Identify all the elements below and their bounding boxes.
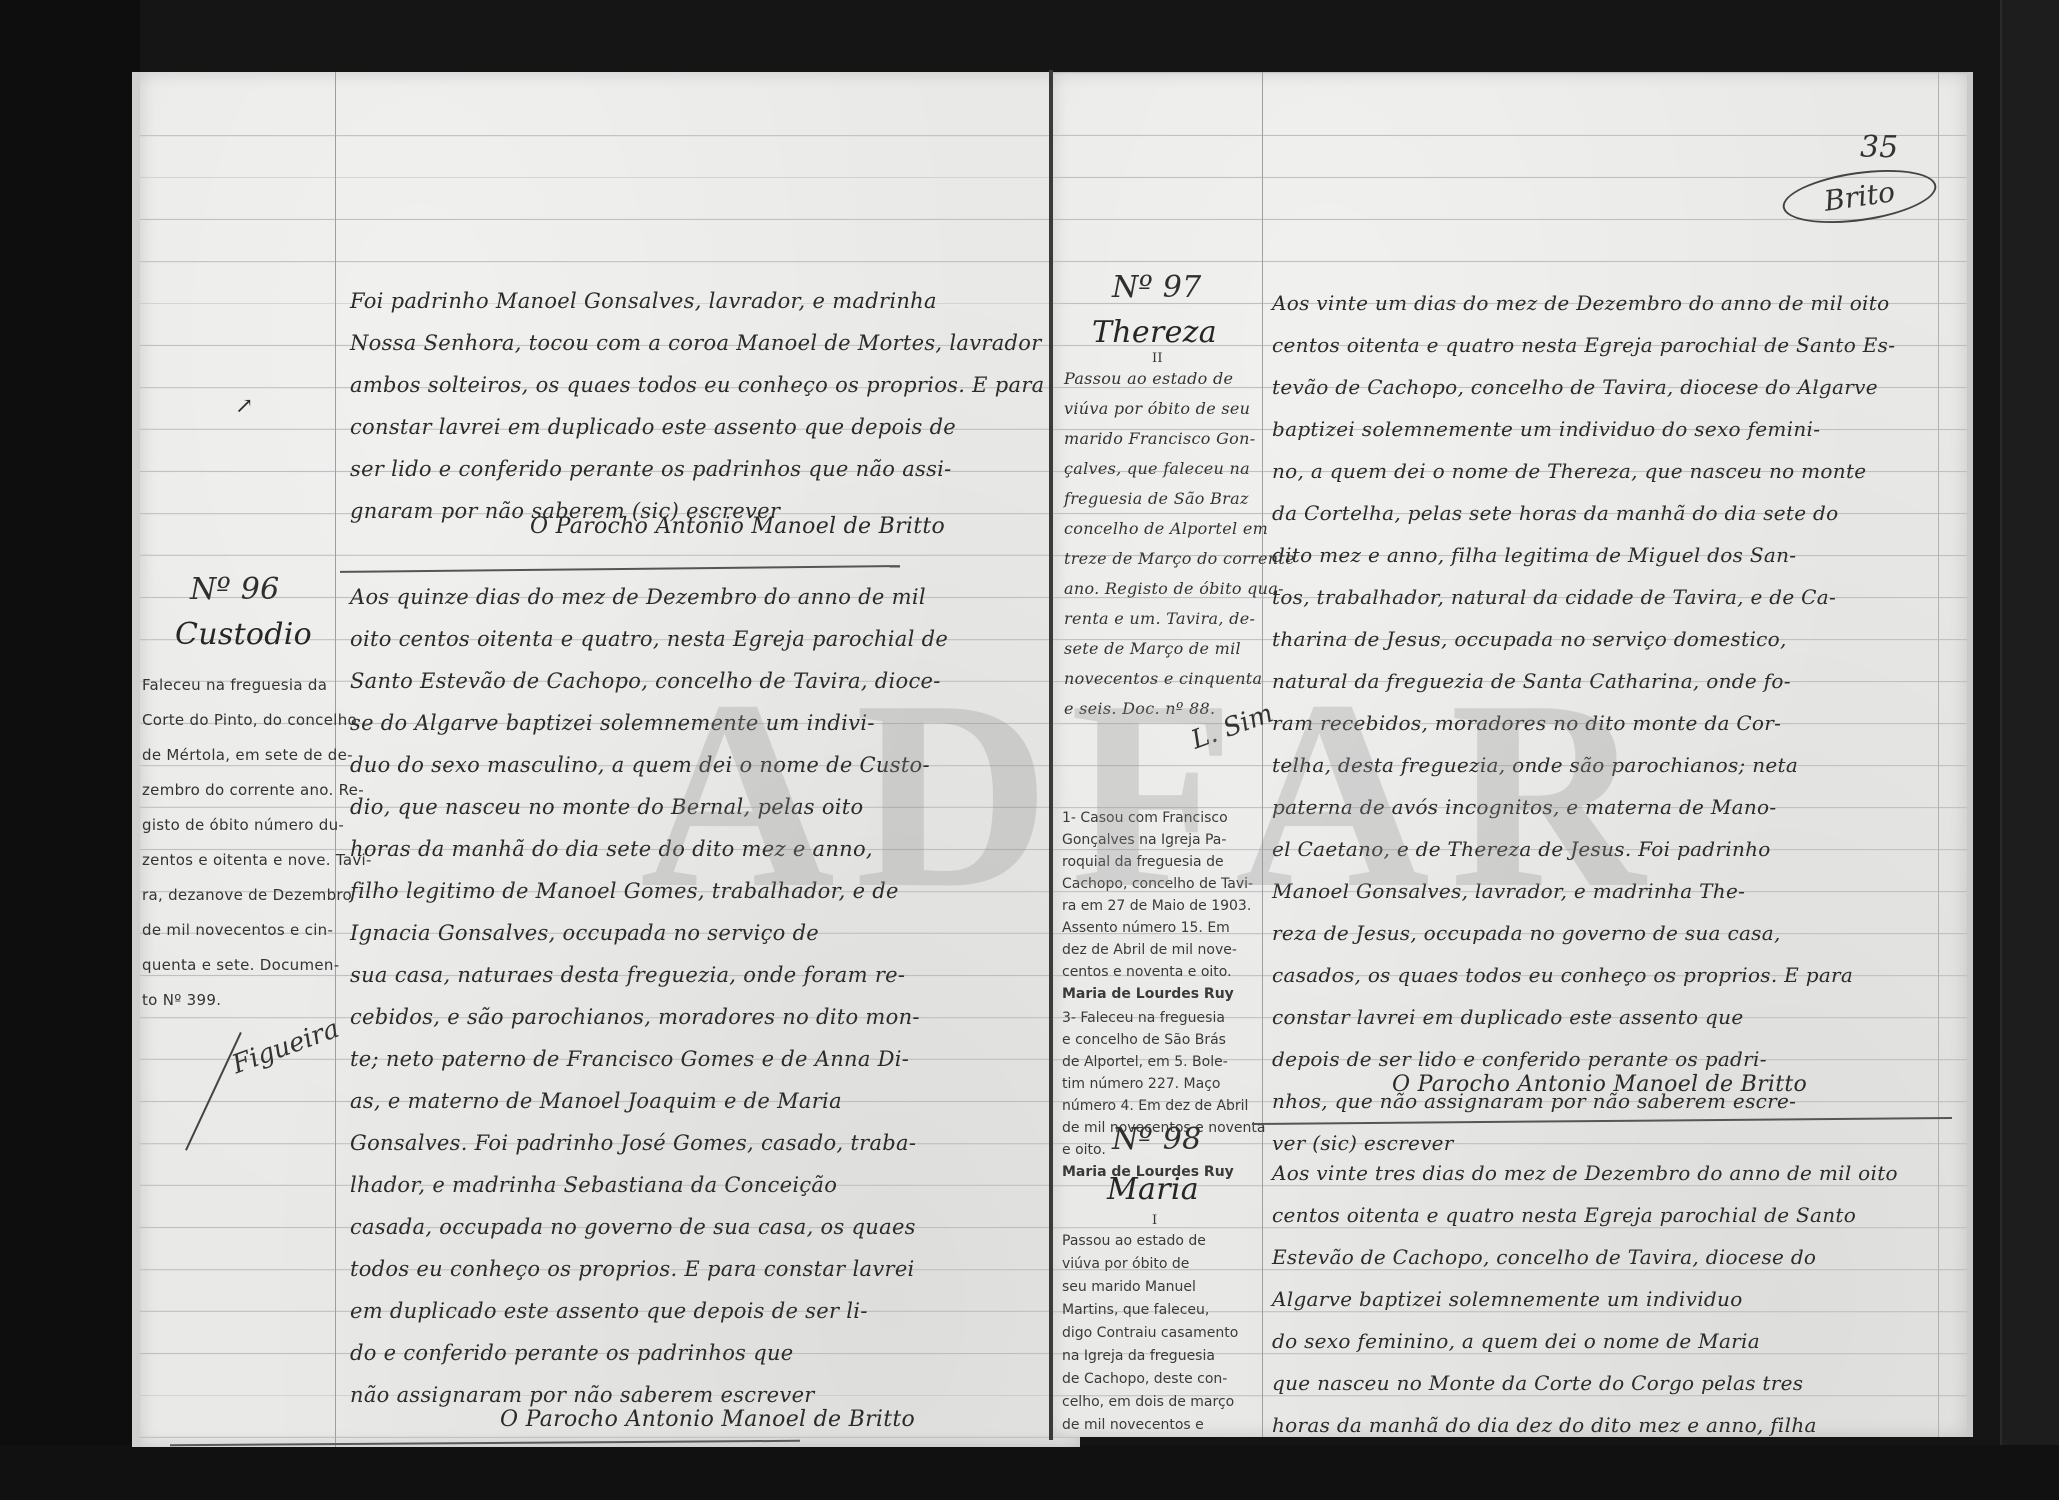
annotation-line: de Mértola, em sete de de- (142, 738, 372, 773)
annotation-line: gisto de óbito número du- (142, 808, 372, 843)
text-line: do sexo feminino, a quem dei o nome de M… (1272, 1320, 1898, 1362)
text-line: horas da manhã do dia sete do dito mez e… (350, 828, 948, 870)
annotation-line: 3- Faleceu na freguesia (1062, 1007, 1265, 1029)
annotation-line: viúva por óbito de (1062, 1253, 1238, 1276)
annotation-line: Gonçalves na Igreja Pa- (1062, 829, 1253, 851)
annotation-line: çalves, que faleceu na (1064, 454, 1295, 484)
entry-name: Maria (1107, 1172, 1199, 1207)
book-binding (1049, 70, 1053, 1440)
annotation-line: quenta e sete. Documen- (142, 948, 372, 983)
text-line: do e conferido perante os padrinhos que (350, 1332, 948, 1374)
text-line: as, e materno de Manoel Joaquim e de Mar… (350, 1080, 948, 1122)
annotation-line: ano. Registo de óbito qua- (1064, 574, 1295, 604)
annotation-line: zembro do corrente ano. Re- (142, 773, 372, 808)
annotation-line: na Igreja da freguesia (1062, 1345, 1238, 1368)
annotation-line: e concelho de São Brás (1062, 1029, 1265, 1051)
text-line: que nasceu no Monte da Corte do Corgo pe… (1272, 1362, 1898, 1404)
entry-name: Custodio (175, 617, 312, 652)
text-line: centos oitenta e quatro nesta Egreja par… (1272, 324, 1895, 366)
continuation-text: Foi padrinho Manoel Gonsalves, lavrador,… (350, 280, 1045, 532)
text-line: Nossa Senhora, tocou com a coroa Manoel … (350, 322, 1045, 364)
text-line: casados, os quaes todos eu conheço os pr… (1272, 954, 1895, 996)
annotation-line: digo Contraiu casamento (1062, 1322, 1238, 1345)
annotation-line: renta e um. Tavira, de- (1064, 604, 1295, 634)
annotation-line: número 4. Em dez de Abril (1062, 1095, 1265, 1117)
annotation-line: dez de Abril de mil nove- (1062, 939, 1253, 961)
text-line: Ignacia Gonsalves, occupada no serviço d… (350, 912, 948, 954)
text-line: no, a quem dei o nome de Thereza, que na… (1272, 450, 1895, 492)
entry-number: Nº 97 (1112, 270, 1202, 305)
annotation-line: Passou ao estado de (1062, 1230, 1238, 1253)
annotation-line: Passou ao estado de (1064, 364, 1295, 394)
annotation-line: centos e noventa e oito. (1062, 961, 1253, 983)
left-page: Foi padrinho Manoel Gonsalves, lavrador,… (132, 72, 1080, 1447)
text-line: natural da freguezia de Santa Catharina,… (1272, 660, 1895, 702)
text-line: Foi padrinho Manoel Gonsalves, lavrador,… (350, 280, 1045, 322)
text-line: todos eu conheço os proprios. E para con… (350, 1248, 948, 1290)
margin-note-marriage: 1- Casou com Francisco Gonçalves na Igre… (1062, 807, 1253, 1005)
entry-body-text: Aos vinte tres dias do mez de Dezembro d… (1272, 1152, 1898, 1437)
text-line: dito mez e anno, filha legitima de Migue… (1272, 534, 1895, 576)
annotation-line: de Alportel, em 5. Bole- (1062, 1051, 1265, 1073)
text-line: tos, trabalhador, natural da cidade de T… (1272, 576, 1895, 618)
text-line: ambos solteiros, os quaes todos eu conhe… (350, 364, 1045, 406)
text-line: Aos quinze dias do mez de Dezembro do an… (350, 576, 948, 618)
scanner-background-right (2000, 0, 2059, 1500)
annotation-line: de Cachopo, deste con- (1062, 1368, 1238, 1391)
annotation-line: Assento número 15. Em (1062, 917, 1253, 939)
parish-priest-signature: O Parocho Antonio Manoel de Britto (530, 514, 945, 539)
page-number: 35 (1860, 130, 1898, 165)
text-line: sua casa, naturaes desta freguezia, onde… (350, 954, 948, 996)
margin-tick-mark: ↗ (235, 394, 254, 419)
text-line: el Caetano, e de Thereza de Jesus. Foi p… (1272, 828, 1895, 870)
text-line: telha, desta freguezia, onde são parochi… (1272, 744, 1895, 786)
text-line: Algarve baptizei solemnemente um individ… (1272, 1278, 1898, 1320)
annotation-line: Cachopo, concelho de Tavi- (1062, 873, 1253, 895)
annotation-line: Martins, que faleceu, (1062, 1299, 1238, 1322)
entry-number: Nº 96 (190, 572, 280, 607)
text-line: centos oitenta e quatro nesta Egreja par… (1272, 1194, 1898, 1236)
annotation-line: viúva por óbito de seu (1064, 394, 1295, 424)
text-line: cebidos, e são parochianos, moradores no… (350, 996, 948, 1038)
text-line: em duplicado este assento que depois de … (350, 1290, 948, 1332)
text-line: tharina de Jesus, occupada no serviço do… (1272, 618, 1895, 660)
text-line: Manoel Gonsalves, lavrador, e madrinha T… (1272, 870, 1895, 912)
annotation-line: de mil novecentos e cin- (142, 913, 372, 948)
margin-note-marriage: Passou ao estado de viúva por óbito de s… (1062, 1230, 1238, 1437)
text-line: ser lido e conferido perante os padrinho… (350, 448, 1045, 490)
parish-priest-signature: O Parocho Antonio Manoel de Britto (1392, 1072, 1807, 1097)
annotation-line: ra, dezanove de Dezembro (142, 878, 372, 913)
right-margin-rule (1938, 72, 1939, 1437)
annotation-line: concelho de Alportel em (1064, 514, 1295, 544)
annotation-line: to Nº 399. (142, 983, 372, 1018)
text-line: reza de Jesus, occupada no governo de su… (1272, 912, 1895, 954)
annotation-line: de mil novecentos e (1062, 1414, 1238, 1437)
text-line: se do Algarve baptizei solemnemente um i… (350, 702, 948, 744)
parish-priest-signature: O Parocho Antonio Manoel de Britto (500, 1407, 915, 1432)
annotation-line: treze de Março do corrente (1064, 544, 1295, 574)
text-line: da Cortelha, pelas sete horas da manhã d… (1272, 492, 1895, 534)
text-line: baptizei solemnemente um individuo do se… (1272, 408, 1895, 450)
scanner-background-left (0, 0, 140, 1500)
entry-body-text: Aos vinte um dias do mez de Dezembro do … (1272, 282, 1895, 1164)
text-line: oito centos oitenta e quatro, nesta Egre… (350, 618, 948, 660)
text-line: lhador, e madrinha Sebastiana da Conceiç… (350, 1164, 948, 1206)
text-line: dio, que nasceu no monte do Bernal, pela… (350, 786, 948, 828)
text-line: Aos vinte um dias do mez de Dezembro do … (1272, 282, 1895, 324)
text-line: Santo Estevão de Cachopo, concelho de Ta… (350, 660, 948, 702)
text-line: constar lavrei em duplicado este assento… (1272, 996, 1895, 1038)
entry-number: Nº 98 (1112, 1122, 1202, 1157)
annotation-line: sete de Março de mil (1064, 634, 1295, 664)
text-line: filho legitimo de Manoel Gomes, trabalha… (350, 870, 948, 912)
margin-annotation: Faleceu na freguesia da Corte do Pinto, … (142, 668, 372, 1018)
text-line: horas da manhã do dia dez do dito mez e … (1272, 1404, 1898, 1437)
text-line: tevão de Cachopo, concelho de Tavira, di… (1272, 366, 1895, 408)
annotation-line: Faleceu na freguesia da (142, 668, 372, 703)
text-line: Gonsalves. Foi padrinho José Gomes, casa… (350, 1122, 948, 1164)
annotation-line: celho, em dois de março (1062, 1391, 1238, 1414)
annotation-line: freguesia de São Braz (1064, 484, 1295, 514)
annotation-line: zentos e oitenta e nove. Tavi- (142, 843, 372, 878)
entry-name: Thereza (1092, 315, 1217, 350)
text-line: Estevão de Cachopo, concelho de Tavira, … (1272, 1236, 1898, 1278)
text-line: constar lavrei em duplicado este assento… (350, 406, 1045, 448)
annotation-line: ra em 27 de Maio de 1903. (1062, 895, 1253, 917)
text-line: duo do sexo masculino, a quem dei o nome… (350, 744, 948, 786)
margin-annotation: Passou ao estado de viúva por óbito de s… (1064, 364, 1295, 724)
registrar-signature: Maria de Lourdes Ruy (1062, 983, 1253, 1005)
text-line: paterna de avós incognitos, e materna de… (1272, 786, 1895, 828)
text-line: te; neto paterno de Francisco Gomes e de… (350, 1038, 948, 1080)
right-page: 35 Brito Nº 97 Thereza II Passou ao esta… (1052, 72, 1973, 1437)
annotation-line: roquial da freguesia de (1062, 851, 1253, 873)
text-line: Aos vinte tres dias do mez de Dezembro d… (1272, 1152, 1898, 1194)
scanner-background-bottom (0, 1445, 2059, 1500)
annotation-line: marido Francisco Gon- (1064, 424, 1295, 454)
annotation-line: novecentos e cinquenta (1064, 664, 1295, 694)
annotation-line: Corte do Pinto, do concelho (142, 703, 372, 738)
margin-rule (1262, 72, 1263, 1437)
text-line: casada, occupada no governo de sua casa,… (350, 1206, 948, 1248)
annotation-marker: I (1152, 1214, 1157, 1228)
annotation-line: seu marido Manuel (1062, 1276, 1238, 1299)
text-line: ram recebidos, moradores no dito monte d… (1272, 702, 1895, 744)
entry-body-text: Aos quinze dias do mez de Dezembro do an… (350, 576, 948, 1416)
annotation-line: 1- Casou com Francisco (1062, 807, 1253, 829)
annotation-line: tim número 227. Maço (1062, 1073, 1265, 1095)
